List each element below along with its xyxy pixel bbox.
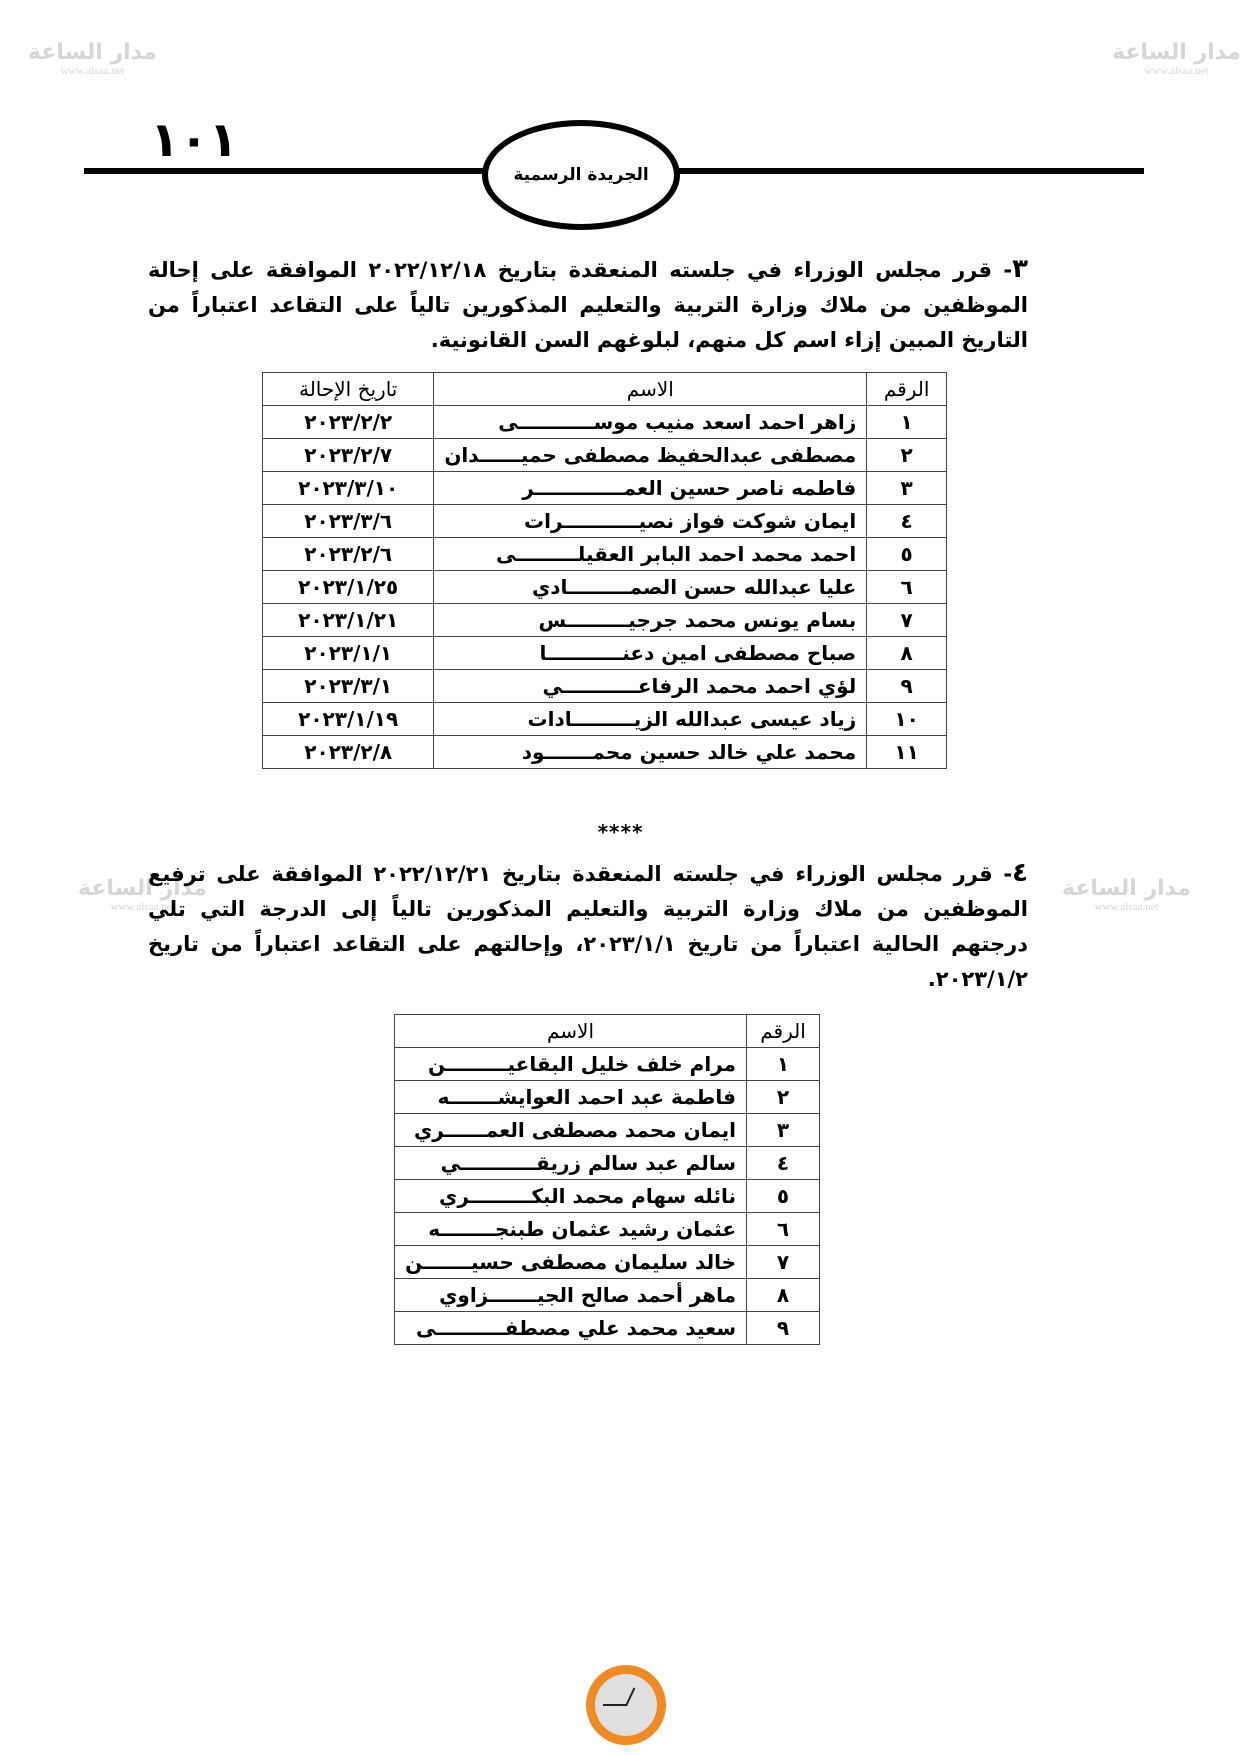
- cell-num: ٣: [867, 472, 947, 505]
- table-row: ٢فاطمة عبد احمد العوايشـــــــه: [395, 1081, 820, 1114]
- section-3-paragraph: ٣- قرر مجلس الوزراء في جلسته المنعقدة بت…: [148, 252, 1028, 358]
- cell-num: ٩: [867, 670, 947, 703]
- cell-date: ٢٠٢٣/١/٢١: [263, 604, 434, 637]
- table-row: ٤سالم عبد سالم زريقـــــــــــي: [395, 1147, 820, 1180]
- watermark-top-left: مدار الساعة www.alsaa.net: [28, 42, 157, 77]
- table-row: ٩لؤي احمد محمد الرفاعـــــــــــي٢٠٢٣/٣/…: [263, 670, 947, 703]
- cell-num: ٩: [747, 1312, 820, 1345]
- cell-date: ٢٠٢٣/٢/٢: [263, 406, 434, 439]
- cell-num: ٦: [747, 1213, 820, 1246]
- cell-name: فاطمه ناصر حسين العمـــــــــــــر: [434, 472, 867, 505]
- cell-name: احمد محمد احمد البابر العقيلـــــــــى: [434, 538, 867, 571]
- cell-name: خالد سليمان مصطفى حسيـــــــن: [395, 1246, 747, 1279]
- watermark-brand: مدار الساعة: [1112, 42, 1241, 64]
- watermark-brand: مدار الساعة: [1062, 878, 1191, 900]
- cell-name: فاطمة عبد احمد العوايشـــــــه: [395, 1081, 747, 1114]
- watermark-url: www.alsaa.net: [28, 66, 157, 77]
- promotion-table: الرقم الاسم ١مرام خلف خليل البقاعيــــــ…: [394, 1014, 820, 1345]
- table-row: ٤ايمان شوكت فواز نصيـــــــــــرات٢٠٢٣/٣…: [263, 505, 947, 538]
- cell-num: ٤: [747, 1147, 820, 1180]
- cell-date: ٢٠٢٣/٢/٨: [263, 736, 434, 769]
- table-row: ٧خالد سليمان مصطفى حسيـــــــن: [395, 1246, 820, 1279]
- cell-num: ٥: [747, 1180, 820, 1213]
- cell-num: ٧: [867, 604, 947, 637]
- table-row: ٩سعيد محمد علي مصطفــــــــــى: [395, 1312, 820, 1345]
- header-date: تاريخ الإحالة: [263, 373, 434, 406]
- gazette-title: الجريدة الرسمية: [513, 165, 648, 185]
- cell-name: زاهر احمد اسعد منيب موســـــــــــى: [434, 406, 867, 439]
- cell-date: ٢٠٢٣/٣/٦: [263, 505, 434, 538]
- cell-num: ٥: [867, 538, 947, 571]
- header-rule-right: [676, 168, 1144, 174]
- cell-name: عثمان رشيد عثمان طبنجــــــــه: [395, 1213, 747, 1246]
- section-4-paragraph: ٤- قرر مجلس الوزراء في جلسته المنعقدة بت…: [148, 856, 1028, 997]
- cell-num: ١١: [867, 736, 947, 769]
- cell-name: بسام يونس محمد جرجيـــــــــس: [434, 604, 867, 637]
- cell-num: ٦: [867, 571, 947, 604]
- cell-date: ٢٠٢٣/٣/١٠: [263, 472, 434, 505]
- cell-date: ٢٠٢٣/١/٢٥: [263, 571, 434, 604]
- table-row: ٨صباح مصطفى امين دعنـــــــــــا٢٠٢٣/١/١: [263, 637, 947, 670]
- header-num: الرقم: [867, 373, 947, 406]
- table-row: ٢مصطفى عبدالحفيظ مصطفى حميــــــدان٢٠٢٣/…: [263, 439, 947, 472]
- cell-name: مصطفى عبدالحفيظ مصطفى حميــــــدان: [434, 439, 867, 472]
- header-name: الاسم: [434, 373, 867, 406]
- table-row: ١زاهر احمد اسعد منيب موســـــــــــى٢٠٢٣…: [263, 406, 947, 439]
- cell-num: ٢: [747, 1081, 820, 1114]
- table-row: ١مرام خلف خليل البقاعيـــــــــن: [395, 1048, 820, 1081]
- clock-face: [595, 1674, 657, 1736]
- watermark-mid-right: مدار الساعة www.alsaa.net: [1062, 878, 1191, 913]
- table-row: ٥نائله سهام محمد البكـــــــــري: [395, 1180, 820, 1213]
- section-4-number: ٤: [1012, 858, 1028, 888]
- watermark-brand: مدار الساعة: [28, 42, 157, 64]
- watermark-url: www.alsaa.net: [1112, 66, 1241, 77]
- cell-name: ايمان محمد مصطفى العمــــــري: [395, 1114, 747, 1147]
- cell-date: ٢٠٢٣/١/١: [263, 637, 434, 670]
- section-3-number: ٣: [1012, 254, 1028, 284]
- cell-num: ٣: [747, 1114, 820, 1147]
- header-name: الاسم: [395, 1015, 747, 1048]
- table-header-row: الرقم الاسم: [395, 1015, 820, 1048]
- header-rule-left: [84, 168, 486, 174]
- table-row: ٣ايمان محمد مصطفى العمــــــري: [395, 1114, 820, 1147]
- table-row: ٣فاطمه ناصر حسين العمـــــــــــــر٢٠٢٣/…: [263, 472, 947, 505]
- cell-num: ١٠: [867, 703, 947, 736]
- page-number: ١٠١: [150, 112, 238, 168]
- cell-num: ١: [747, 1048, 820, 1081]
- cell-num: ١: [867, 406, 947, 439]
- cell-date: ٢٠٢٣/٢/٧: [263, 439, 434, 472]
- table-row: ٥احمد محمد احمد البابر العقيلـــــــــى٢…: [263, 538, 947, 571]
- watermark-top-right: مدار الساعة www.alsaa.net: [1112, 42, 1241, 77]
- cell-name: مرام خلف خليل البقاعيـــــــــن: [395, 1048, 747, 1081]
- cell-name: نائله سهام محمد البكـــــــــري: [395, 1180, 747, 1213]
- table-row: ٦عليا عبدالله حسن الصمـــــــــادي٢٠٢٣/١…: [263, 571, 947, 604]
- watermark-url: www.alsaa.net: [1062, 902, 1191, 913]
- header-emblem: الجريدة الرسمية: [482, 120, 680, 230]
- cell-date: ٢٠٢٣/٢/٦: [263, 538, 434, 571]
- table-row: ١٠زياد عيسى عبدالله الزيـــــــــادات٢٠٢…: [263, 703, 947, 736]
- table-row: ٨ماهر أحمد صالح الجيـــــــزاوي: [395, 1279, 820, 1312]
- cell-name: لؤي احمد محمد الرفاعـــــــــــي: [434, 670, 867, 703]
- cell-name: سعيد محمد علي مصطفــــــــــى: [395, 1312, 747, 1345]
- cell-name: محمد علي خالد حسين محمـــــــود: [434, 736, 867, 769]
- cell-name: سالم عبد سالم زريقـــــــــــي: [395, 1147, 747, 1180]
- header-num: الرقم: [747, 1015, 820, 1048]
- cell-num: ٤: [867, 505, 947, 538]
- cell-name: ايمان شوكت فواز نصيـــــــــــرات: [434, 505, 867, 538]
- cell-name: زياد عيسى عبدالله الزيـــــــــادات: [434, 703, 867, 736]
- clock-logo-icon: [586, 1665, 666, 1745]
- section-separator: ****: [0, 820, 1241, 844]
- table-row: ٦عثمان رشيد عثمان طبنجــــــــه: [395, 1213, 820, 1246]
- cell-date: ٢٠٢٣/٣/١: [263, 670, 434, 703]
- retirement-table: الرقم الاسم تاريخ الإحالة ١زاهر احمد اسع…: [262, 372, 947, 769]
- clock-hand: [603, 1704, 627, 1706]
- table-row: ١١محمد علي خالد حسين محمـــــــود٢٠٢٣/٢/…: [263, 736, 947, 769]
- cell-num: ٢: [867, 439, 947, 472]
- cell-num: ٨: [867, 637, 947, 670]
- cell-name: عليا عبدالله حسن الصمـــــــــادي: [434, 571, 867, 604]
- cell-name: ماهر أحمد صالح الجيـــــــزاوي: [395, 1279, 747, 1312]
- cell-num: ٨: [747, 1279, 820, 1312]
- cell-num: ٧: [747, 1246, 820, 1279]
- cell-date: ٢٠٢٣/١/١٩: [263, 703, 434, 736]
- cell-name: صباح مصطفى امين دعنـــــــــــا: [434, 637, 867, 670]
- table-row: ٧بسام يونس محمد جرجيـــــــــس٢٠٢٣/١/٢١: [263, 604, 947, 637]
- section-4-text: - قرر مجلس الوزراء في جلسته المنعقدة بتا…: [148, 862, 1028, 991]
- section-3-text: - قرر مجلس الوزراء في جلسته المنعقدة بتا…: [148, 258, 1028, 352]
- table-header-row: الرقم الاسم تاريخ الإحالة: [263, 373, 947, 406]
